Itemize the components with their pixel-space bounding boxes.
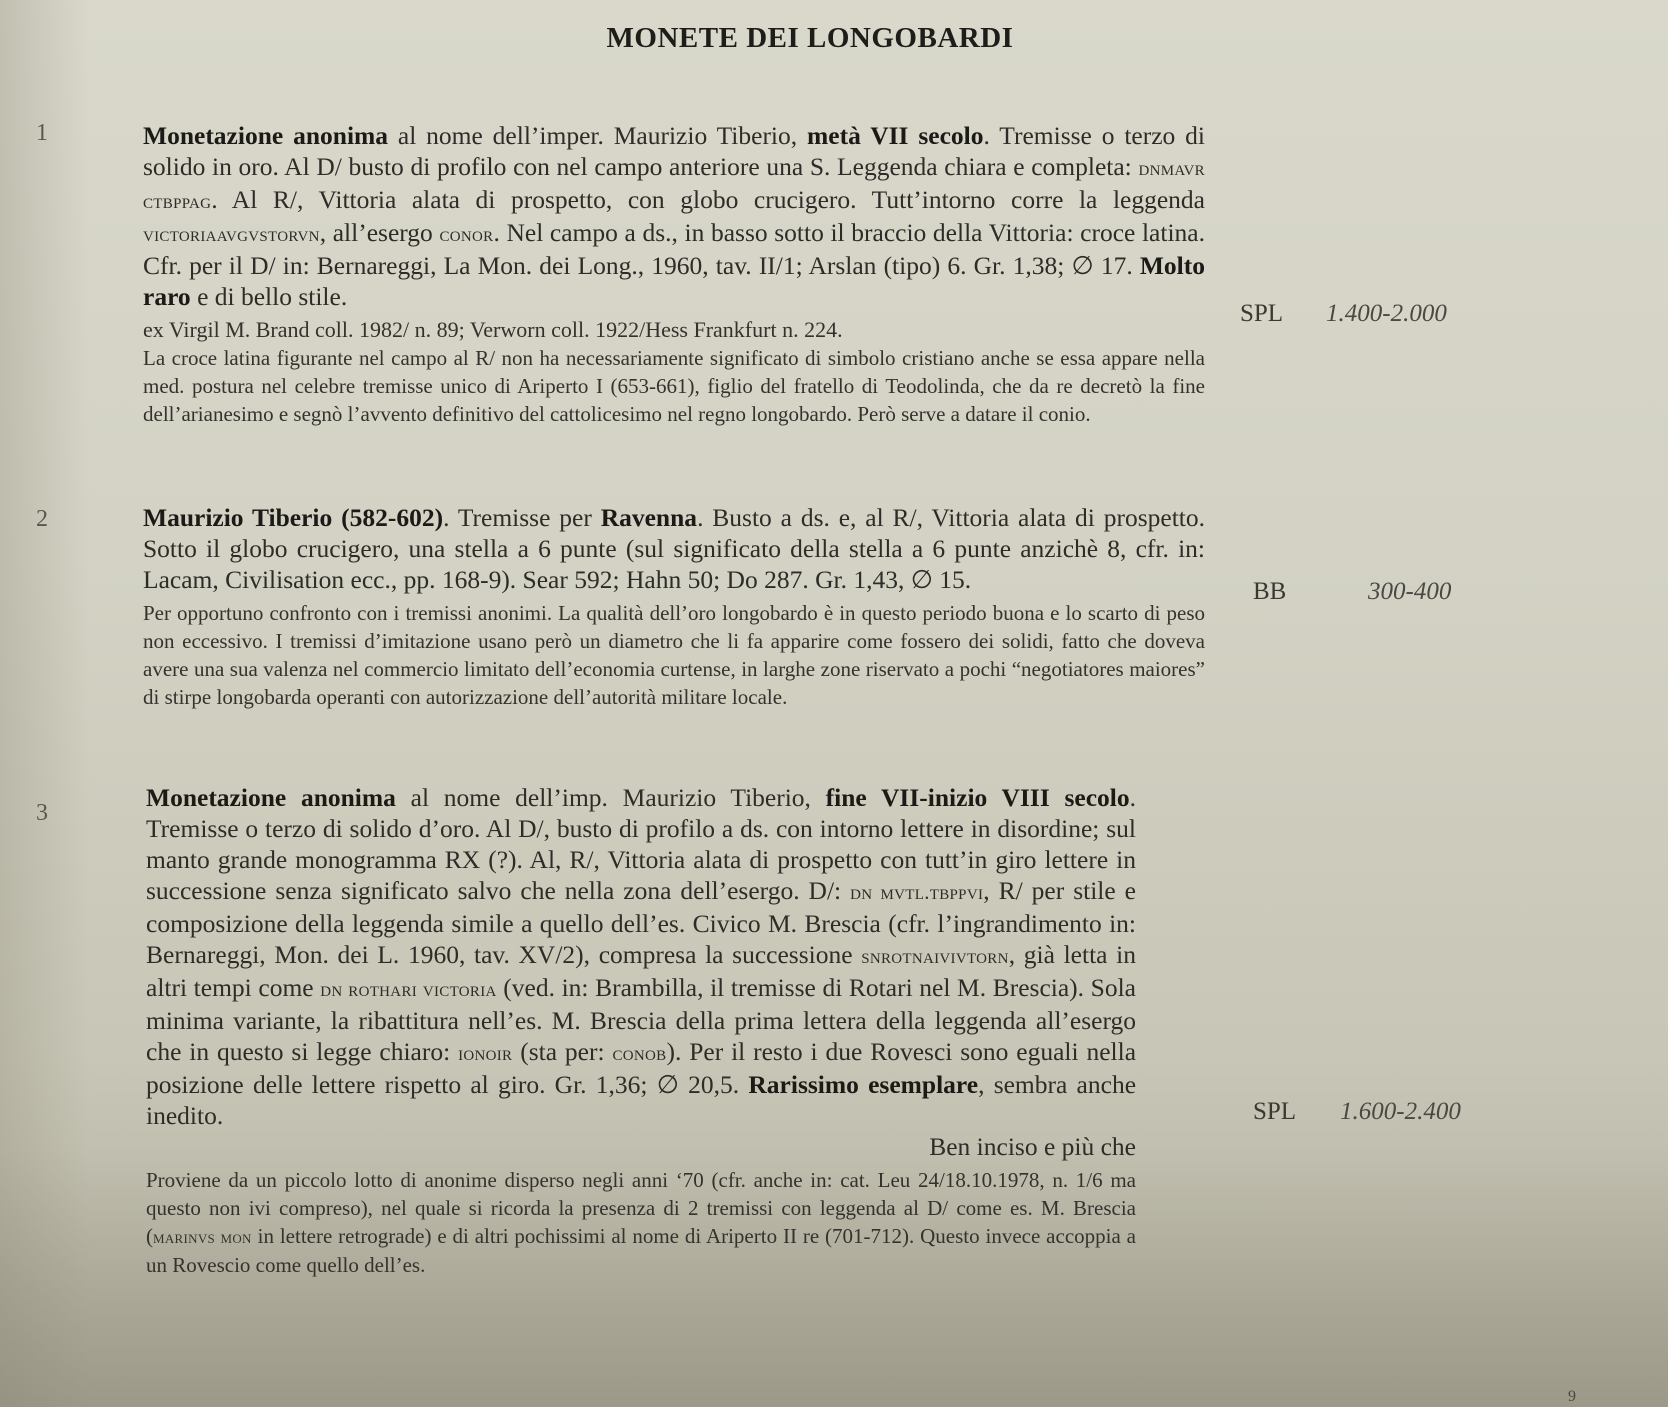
legend-text: victoriaavgvstorvn [143,222,320,246]
period: fine VII-inizio VIII secolo [826,783,1130,812]
legend-text: conob [612,1041,666,1065]
desc-text: (sta per: [512,1037,612,1066]
lot-title: Monetazione anonima [146,783,396,812]
lot-title: Maurizio Tiberio (582-602) [143,503,443,532]
legend-text: conor [439,222,493,246]
note-text: in lettere retrograde) e di altri pochis… [146,1224,1136,1277]
lot-description: Maurizio Tiberio (582-602). Tremisse per… [143,502,1205,711]
estimate: 1.600-2.400 [1340,1098,1461,1126]
lot-note: Proviene da un piccolo lotto di anonime … [146,1166,1136,1279]
lot-description: Monetazione anonima al nome dell’imp. Ma… [146,782,1136,1279]
provenance: ex Virgil M. Brand coll. 1982/ n. 89; Ve… [143,316,1205,344]
lot-note: La croce latina figurante nel campo al R… [143,344,1205,428]
grade: SPL [1240,300,1283,328]
mint: Ravenna [601,503,697,532]
lot-title: Monetazione anonima [143,121,388,150]
legend-text: dn rothari victoria [320,977,496,1001]
legend-text: marinvs mon [153,1227,252,1247]
page-title: MONETE DEI LONGOBARDI [0,22,1620,55]
legend-text: snrotnaivivtorn [861,944,1009,968]
desc-text: . Tremisse per [443,503,601,532]
quality-remark: Ben inciso e più che [146,1131,1136,1162]
grade: SPL [1253,1098,1296,1126]
lot-number: 3 [36,800,48,827]
desc-text: al nome dell’imper. Maurizio Tiberio, [388,121,807,150]
page-number: 9 [1568,1388,1576,1406]
lot-description: Monetazione anonima al nome dell’imper. … [143,120,1205,428]
lot-number: 2 [36,506,48,533]
estimate: 1.400-2.000 [1326,300,1447,328]
period: metà VII secolo [807,121,983,150]
page-shadow-left [0,0,90,1407]
lot-number: 1 [36,120,48,147]
lot-note: Per opportuno confronto con i tremissi a… [143,599,1205,711]
desc-text: , all’esergo [320,218,440,247]
desc-text: e di bello stile. [191,282,348,311]
rarity: Rarissimo esemplare [748,1070,978,1099]
desc-text: . Al R/, Vittoria alata di prospetto, co… [211,185,1205,214]
legend-text: ionoir [458,1041,512,1065]
legend-text: dn mvtl.tbppvi [850,880,983,904]
estimate: 300-400 [1368,578,1451,606]
desc-text: al nome dell’imp. Maurizio Tiberio, [396,783,826,812]
grade: BB [1253,578,1286,606]
